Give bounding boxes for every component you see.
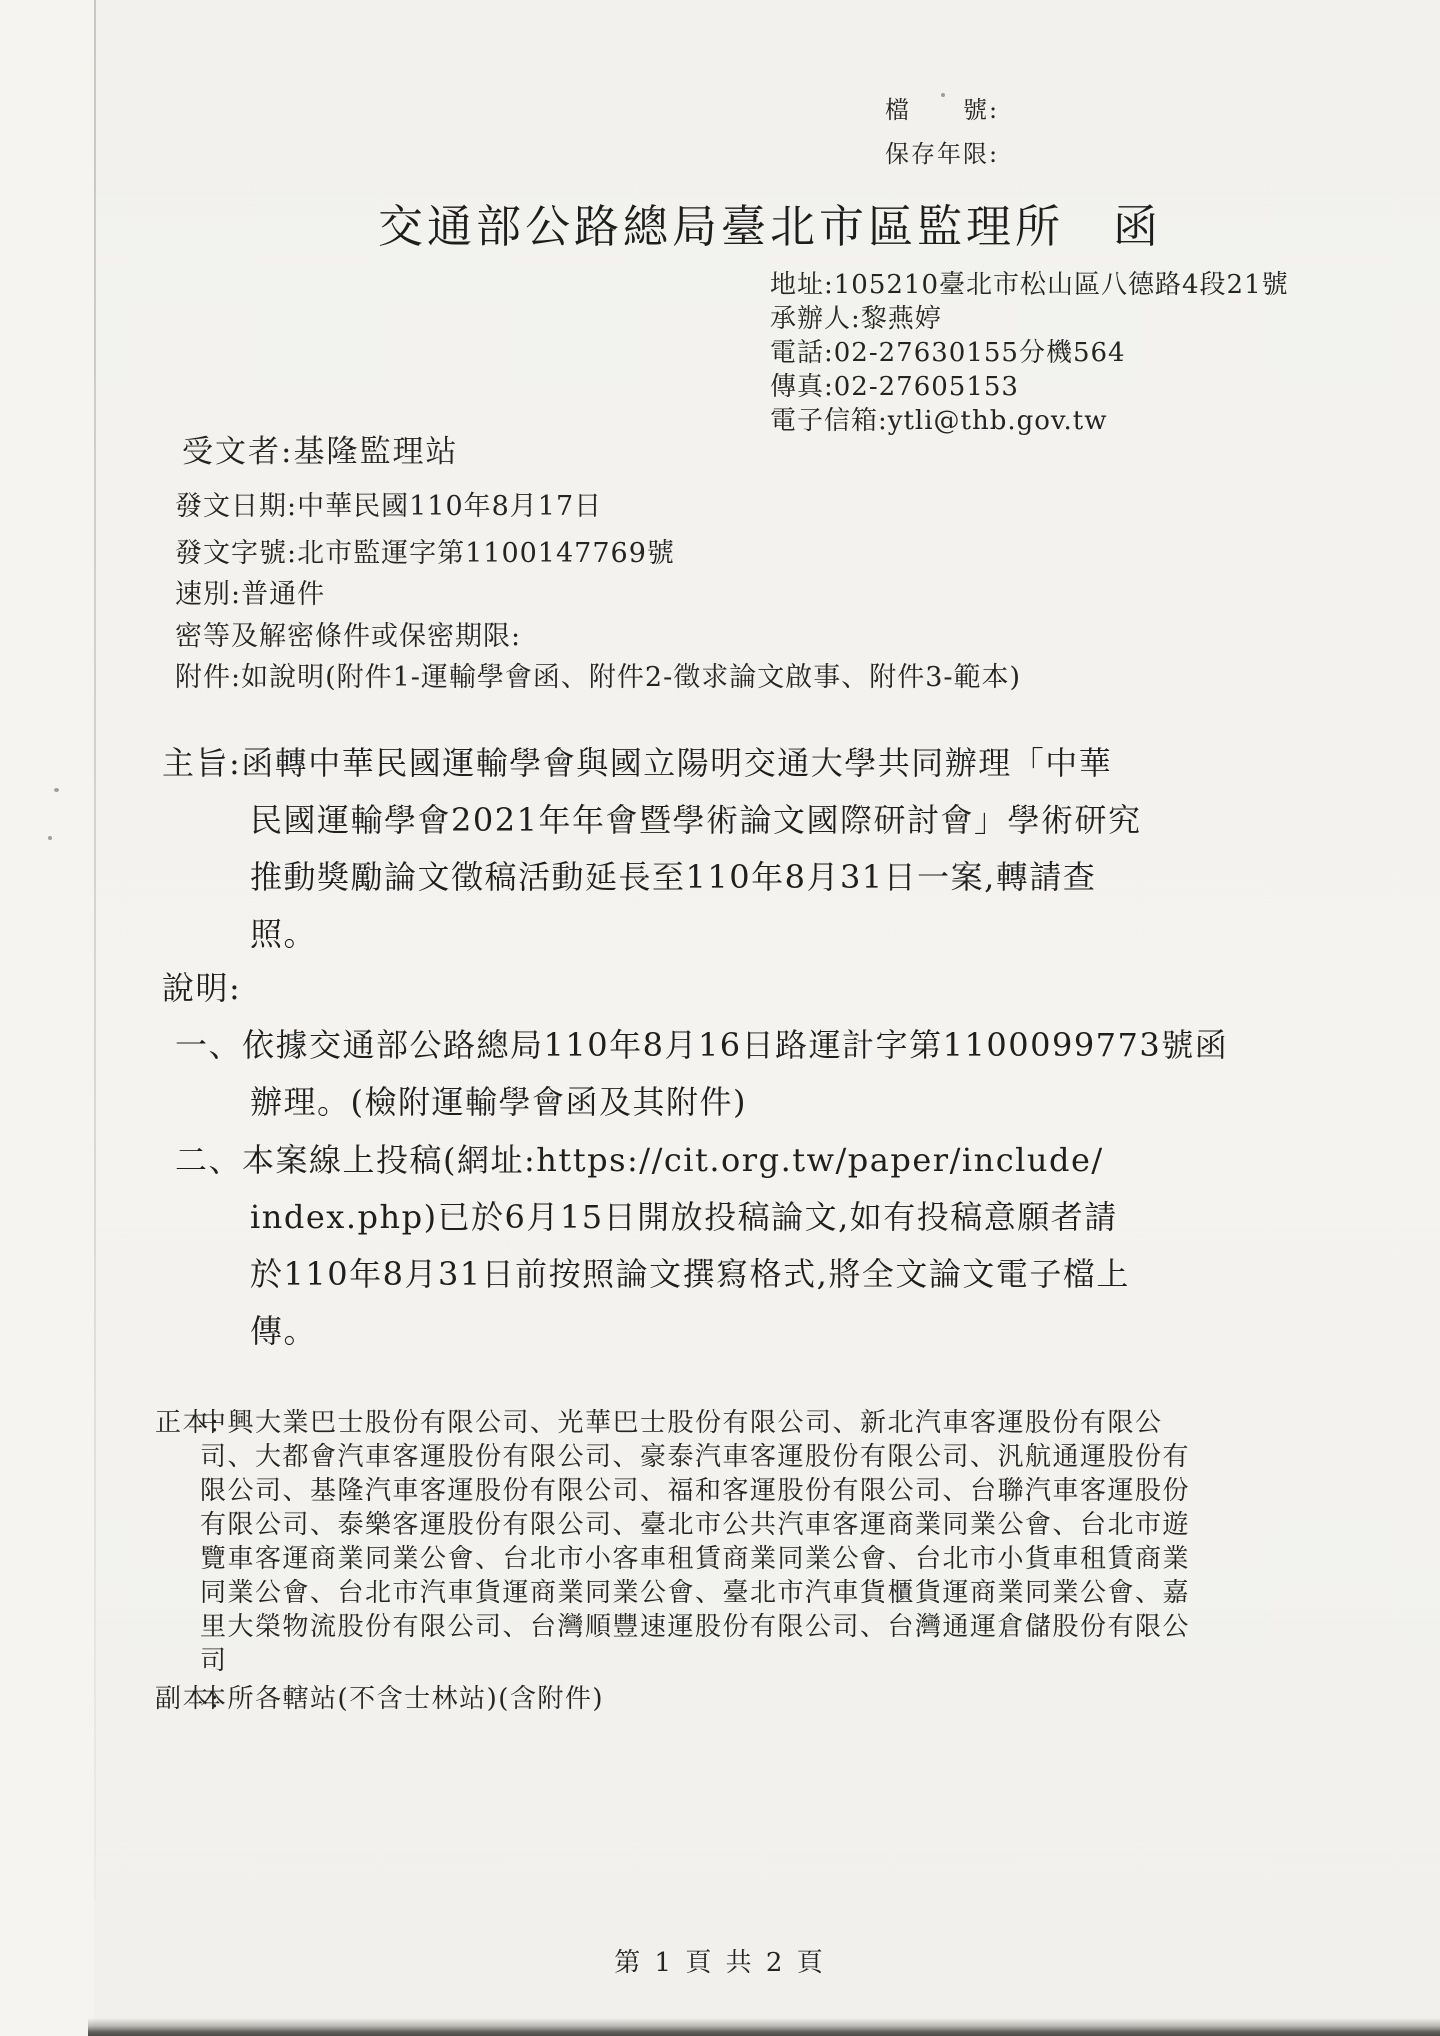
original-recipients: 同業公會、台北市汽車貨運商業同業公會、臺北市汽車貨櫃貨運商業同業公會、嘉 <box>200 1572 1190 1609</box>
subject-line: 照。 <box>250 909 317 955</box>
subject-line: 推動獎勵論文徵稿活動延長至110年8月31日一案,轉請查 <box>250 852 1096 898</box>
paper-left-margin <box>0 0 94 2036</box>
original-recipients: 限公司、基隆汽車客運股份有限公司、福和客運股份有限公司、台聯汽車客運股份 <box>200 1470 1190 1507</box>
attachments-line: 附件:如說明(附件1-運輸學會函、附件2-徵求論文啟事、附件3-範本) <box>175 655 1021 694</box>
original-recipients: 司、大都會汽車客運股份有限公司、豪泰汽車客運股份有限公司、汎航通運股份有 <box>200 1436 1190 1473</box>
explanation-heading: 說明: <box>162 963 241 1009</box>
scan-speck <box>54 788 59 792</box>
document-title: 交通部公路總局臺北市區監理所 函 <box>378 190 1162 255</box>
speed-line: 速別:普通件 <box>175 572 325 611</box>
original-recipients: 中興大業巴士股份有限公司、光華巴士股份有限公司、新北汽車客運股份有限公 <box>200 1402 1163 1439</box>
subject-line: 民國運輸學會2021年年會暨學術論文國際研討會」學術研究 <box>250 795 1141 841</box>
subject-line: 主旨:函轉中華民國運輸學會與國立陽明交通大學共同辦理「中華 <box>162 738 1112 784</box>
explanation-item-2: 傳。 <box>250 1306 317 1352</box>
explanation-item-2: index.php)已於6月15日開放投稿論文,如有投稿意願者請 <box>250 1192 1118 1238</box>
page-number: 第 1 頁 共 2 頁 <box>0 1942 1440 1979</box>
doc-number-line: 發文字號:北市監運字第1100147769號 <box>175 531 675 570</box>
explanation-item-1: 一、依據交通部公路總局110年8月16日路運計字第1100099773號函 <box>175 1020 1228 1066</box>
original-recipients: 有限公司、泰樂客運股份有限公司、臺北市公共汽車客運商業同業公會、台北市遊 <box>200 1504 1190 1541</box>
recipient-line: 受文者:基隆監理站 <box>182 426 458 471</box>
agency-address: 地址:105210臺北市松山區八德路4段21號 <box>770 264 1289 301</box>
cc-recipients: 本所各轄站(不含士林站)(含附件) <box>200 1678 604 1715</box>
contact-person: 承辦人:黎燕婷 <box>770 298 942 335</box>
contact-fax: 傳真:02-27605153 <box>770 366 1019 403</box>
contact-email: 電子信箱:ytli@thb.gov.tw <box>770 400 1108 437</box>
retention-period-label: 保存年限: <box>885 134 999 169</box>
explanation-item-2: 二、本案線上投稿(網址:https://cit.org.tw/paper/inc… <box>175 1135 1104 1181</box>
issue-date-line: 發文日期:中華民國110年8月17日 <box>175 484 602 523</box>
explanation-item-1: 辦理。(檢附運輸學會函及其附件) <box>250 1077 747 1123</box>
original-recipients: 司 <box>200 1640 228 1677</box>
scanned-official-letter: 檔 號: 保存年限: 交通部公路總局臺北市區監理所 函 地址:105210臺北市… <box>0 0 1440 2036</box>
paper-crease-line <box>94 0 96 1900</box>
original-recipients: 里大榮物流股份有限公司、台灣順豐速運股份有限公司、台灣通運倉儲股份有限公 <box>200 1606 1190 1643</box>
scan-speck <box>941 93 945 97</box>
security-line: 密等及解密條件或保密期限: <box>175 614 521 653</box>
explanation-item-2: 於110年8月31日前按照論文撰寫格式,將全文論文電子檔上 <box>250 1249 1130 1295</box>
scan-bottom-shadow <box>88 2018 1440 2036</box>
contact-phone: 電話:02-27630155分機564 <box>770 332 1126 369</box>
original-recipients: 覽車客運商業同業公會、台北市小客車租賃商業同業公會、台北市小貨車租賃商業 <box>200 1538 1190 1575</box>
scan-speck <box>48 836 52 840</box>
